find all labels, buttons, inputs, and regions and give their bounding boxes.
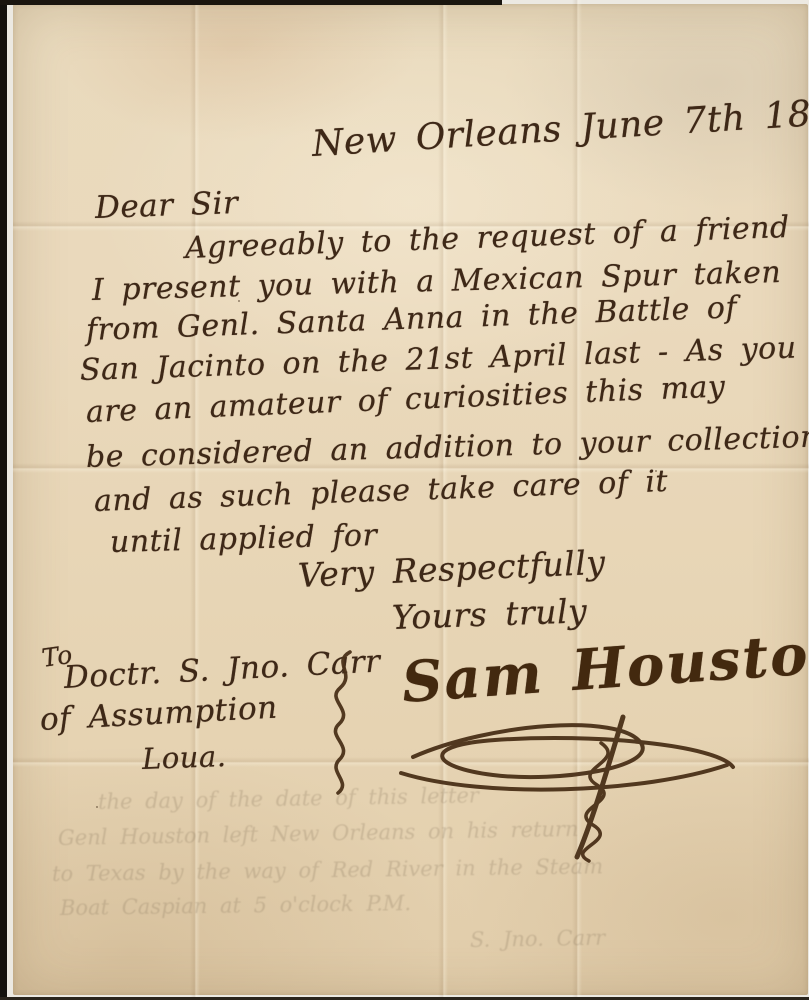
address-brace-squiggle (326, 648, 360, 796)
scanned-letter: New Orleans June 7th 1836 Dear Sir Agree… (0, 0, 809, 1000)
scan-edge-left (0, 0, 7, 1000)
pencil-note-signature: S. Jno. Carr (470, 926, 606, 952)
letter-salutation: Dear Sir (94, 185, 238, 226)
address-line-state: Loua. (141, 739, 227, 776)
closing-yours-truly: Yours truly (391, 591, 587, 637)
pencil-note-line: Boat Caspian at 5 o'clock P.M. (60, 891, 411, 920)
scan-edge-top (0, 0, 502, 5)
